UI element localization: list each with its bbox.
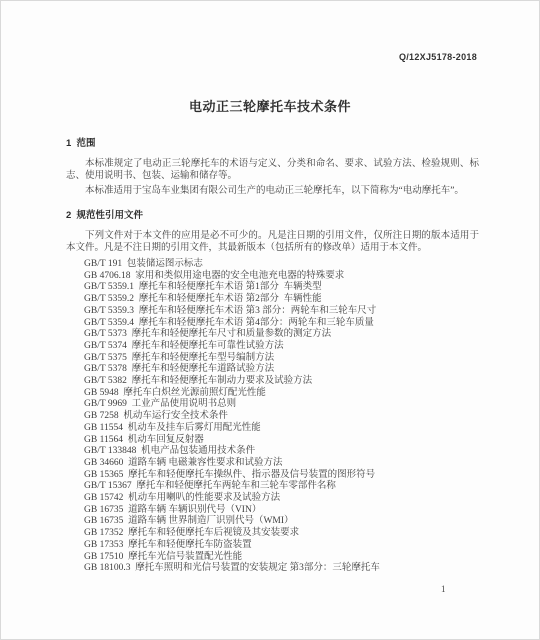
reference-item: GB/T 5373 摩托车和轻便摩托车尺寸和质量参数的测定方法 [84,329,479,341]
reference-item: GB 11564 机动车回复反射器 [84,435,479,447]
section-2-heading: 2 规范性引用文件 [66,210,479,222]
reference-item: GB/T 5375 摩托车和轻便摩托车型号编制方法 [84,353,479,365]
reference-item: GB/T 5374 摩托车和轻便摩托车可靠性试验方法 [84,341,479,353]
reference-item: GB 17352 摩托车和轻便摩托车后视镜及其安装要求 [84,528,479,540]
scope-paragraph-1: 本标准规定了电动正三轮摩托车的术语与定义、分类和命名、要求、试验方法、检验规则、… [66,158,479,182]
section-scope: 1 范围 本标准规定了电动正三轮摩托车的术语与定义、分类和命名、要求、试验方法、… [66,138,479,197]
section-1-heading: 1 范围 [66,138,479,150]
reference-item: GB/T 5359.4 摩托车和轻便摩托车术语 第4部分：两轮车和三轮车质量 [84,318,479,330]
reference-item: GB 34660 道路车辆 电磁兼容性要求和试验方法 [84,458,479,470]
reference-item: GB/T 5359.3 摩托车和轻便摩托车术语 第3 部分：两轮车和三轮车尺寸 [84,306,479,318]
reference-item: GB/T 5359.2 摩托车和轻便摩托车术语 第2部分 车辆性能 [84,294,479,306]
reference-item: GB 17510 摩托车光信号装置配光性能 [84,552,479,564]
references-list: GB/T 191 包装储运图示标志GB 4706.18 家用和类似用途电器的安全… [84,259,479,575]
scope-paragraph-2: 本标准适用于宝岛车业集团有限公司生产的电动正三轮摩托车，以下简称为“电动摩托车”… [66,185,479,197]
section-normative-references: 2 规范性引用文件 下列文件对于本文件的应用是必不可少的。凡是注日期的引用文件，… [66,210,479,575]
reference-item: GB/T 5359.1 摩托车和轻便摩托车术语 第1部分 车辆类型 [84,282,479,294]
reference-item: GB/T 191 包装储运图示标志 [84,259,479,271]
reference-item: GB/T 9969 工业产品使用说明书总则 [84,399,479,411]
reference-item: GB 4706.18 家用和类似用途电器的安全电池充电器的特殊要求 [84,271,479,283]
reference-item: GB 16735 道路车辆 世界制造厂识别代号（WMI） [84,516,479,528]
reference-item: GB/T 5382 摩托车和轻便摩托车制动力要求及试验方法 [84,376,479,388]
reference-item: GB 7258 机动车运行安全技术条件 [84,411,479,423]
reference-item: GB 5948 摩托车白炽丝光源前照灯配光性能 [84,388,479,400]
reference-item: GB 11554 机动车及挂车后雾灯用配光性能 [84,423,479,435]
reference-item: GB 15742 机动车用喇叭的性能要求及试验方法 [84,493,479,505]
reference-item: GB 18100.3 摩托车照明和光信号装置的安装规定 第3部分：三轮摩托车 [84,563,479,575]
reference-item: GB 16735 道路车辆 车辆识别代号（VIN） [84,505,479,517]
page-title: 电动正三轮摩托车技术条件 [1,96,539,115]
document-page: Q/12XJ5178-2018 电动正三轮摩托车技术条件 1 范围 本标准规定了… [0,0,540,640]
reference-item: GB 15365 摩托车和轻便摩托车操纵件、指示器及信号装置的图形符号 [84,470,479,482]
reference-item: GB/T 15367 摩托车和轻便摩托车两轮车和三轮车零部件名称 [84,481,479,493]
references-intro-paragraph: 下列文件对于本文件的应用是必不可少的。凡是注日期的引用文件，仅所注日期的版本适用… [66,230,479,254]
page-number: 1 [441,584,446,594]
reference-item: GB 17353 摩托车和轻便摩托车防盗装置 [84,540,479,552]
doc-number: Q/12XJ5178-2018 [399,52,477,62]
reference-item: GB/T 5378 摩托车和轻便摩托车道路试验方法 [84,364,479,376]
reference-item: GB/T 133848 机电产品包装通用技术条件 [84,446,479,458]
